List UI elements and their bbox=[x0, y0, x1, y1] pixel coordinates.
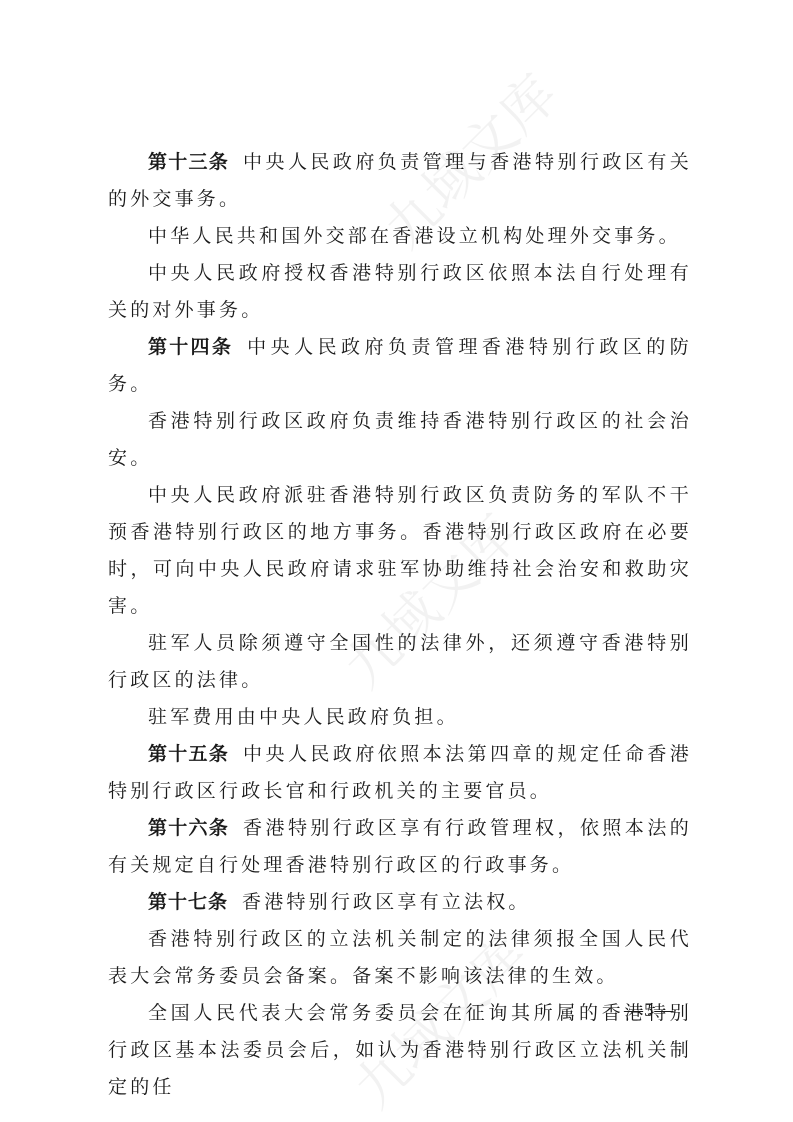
article-heading: 第十六条 bbox=[148, 817, 229, 839]
paragraph-text: 驻军费用由中央人民政府负担。 bbox=[148, 706, 459, 728]
paragraph: 中央人民政府授权香港特别行政区依照本法自行处理有关的对外事务。 bbox=[108, 255, 692, 329]
paragraph: 第十四条中央人民政府负责管理香港特别行政区的防务。 bbox=[108, 329, 692, 403]
paragraph-text: 香港特别行政区享有立法权。 bbox=[242, 891, 531, 913]
paragraph-text: 中华人民共和国外交部在香港设立机构处理外交事务。 bbox=[148, 225, 681, 247]
paragraph-text: 中央人民政府派驻香港特别行政区负责防务的军队不干预香港特别行政区的地方事务。香港… bbox=[108, 484, 692, 617]
paragraph-text: 香港特别行政区的立法机关制定的法律须报全国人民代表大会常务委员会备案。备案不影响… bbox=[108, 928, 692, 987]
paragraph: 全国人民代表大会常务委员会在征询其所属的香港特别行政区基本法委员会后，如认为香港… bbox=[108, 995, 692, 1106]
paragraph-text: 中央人民政府授权香港特别行政区依照本法自行处理有关的对外事务。 bbox=[108, 262, 692, 321]
paragraph-text: 驻军人员除须遵守全国性的法律外，还须遵守香港特别行政区的法律。 bbox=[108, 632, 692, 691]
paragraph: 香港特别行政区政府负责维持香港特别行政区的社会治安。 bbox=[108, 403, 692, 477]
article-heading: 第十三条 bbox=[148, 151, 229, 173]
paragraph: 中华人民共和国外交部在香港设立机构处理外交事务。 bbox=[108, 218, 692, 255]
article-heading: 第十七条 bbox=[148, 891, 228, 913]
page-number: —5— bbox=[624, 1000, 675, 1022]
paragraph: 中央人民政府派驻香港特别行政区负责防务的军队不干预香港特别行政区的地方事务。香港… bbox=[108, 477, 692, 625]
paragraph: 第十五条中央人民政府依照本法第四章的规定任命香港特别行政区行政长官和行政机关的主… bbox=[108, 736, 692, 810]
paragraph-text: 香港特别行政区政府负责维持香港特别行政区的社会治安。 bbox=[108, 410, 692, 469]
document-body: 第十三条中央人民政府负责管理与香港特别行政区有关的外交事务。 中华人民共和国外交… bbox=[108, 144, 692, 1106]
paragraph: 驻军人员除须遵守全国性的法律外，还须遵守香港特别行政区的法律。 bbox=[108, 625, 692, 699]
paragraph-text: 全国人民代表大会常务委员会在征询其所属的香港特别行政区基本法委员会后，如认为香港… bbox=[108, 1002, 692, 1098]
article-heading: 第十五条 bbox=[148, 743, 229, 765]
article-heading: 第十四条 bbox=[148, 336, 233, 358]
paragraph: 驻军费用由中央人民政府负担。 bbox=[108, 699, 692, 736]
paragraph: 第十六条香港特别行政区享有行政管理权，依照本法的有关规定自行处理香港特别行政区的… bbox=[108, 810, 692, 884]
paragraph: 第十三条中央人民政府负责管理与香港特别行政区有关的外交事务。 bbox=[108, 144, 692, 218]
paragraph: 第十七条香港特别行政区享有立法权。 bbox=[108, 884, 692, 921]
document-page: 九域文库 九域文库 九域文库 第十三条中央人民政府负责管理与香港特别行政区有关的… bbox=[0, 0, 793, 1122]
paragraph: 香港特别行政区的立法机关制定的法律须报全国人民代表大会常务委员会备案。备案不影响… bbox=[108, 921, 692, 995]
